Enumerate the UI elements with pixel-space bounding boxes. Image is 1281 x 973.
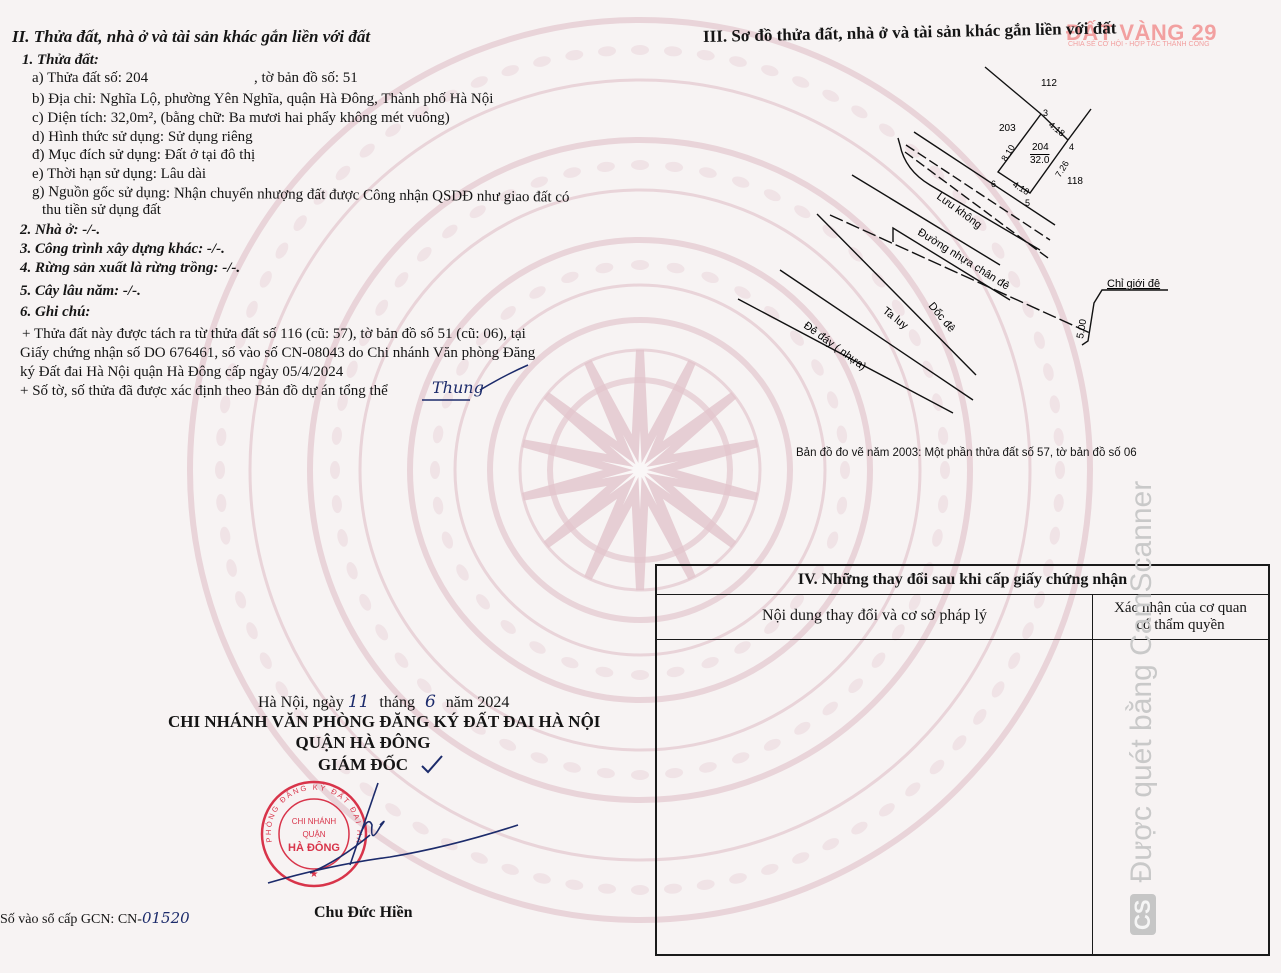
- plot-area-label: 32.0: [1030, 155, 1050, 166]
- change-content-cell: [657, 640, 1093, 956]
- col-authority-confirmation: Xác nhận của cơ quan có thẩm quyền: [1093, 595, 1268, 639]
- changes-table-title: IV. Những thay đổi sau khi cấp giấy chứn…: [657, 566, 1268, 595]
- changes-table-body: [657, 640, 1268, 956]
- handwritten-signature: [250, 765, 530, 905]
- map-caption: Bản đồ đo vẽ năm 2003: Một phần thửa đất…: [796, 447, 1137, 459]
- col-authority-line2: có thẩm quyền: [1093, 617, 1268, 634]
- changes-table-header: Nội dung thay đổi và cơ sở pháp lý Xác n…: [657, 595, 1268, 640]
- vertex-4: 4: [1069, 142, 1074, 152]
- neighbor-118-label: 118: [1067, 176, 1083, 187]
- date-month-label: tháng: [379, 694, 415, 711]
- date-prefix: Hà Nội, ngày: [258, 694, 344, 711]
- changes-table: IV. Những thay đổi sau khi cấp giấy chứn…: [655, 564, 1270, 956]
- registry-number-value: 01520: [142, 909, 190, 927]
- date-day: 11: [348, 692, 370, 712]
- vertex-3: 3: [1043, 108, 1048, 118]
- scanner-watermark: CSĐược quét bằng CamScanner: [1125, 481, 1159, 935]
- scanner-watermark-text: Được quét bằng CamScanner: [1125, 481, 1158, 883]
- neighbor-112-label: 112: [1041, 78, 1057, 89]
- embankment-label: Ta luy: [880, 305, 910, 332]
- date-year: năm 2024: [446, 694, 510, 711]
- vertex-5: 5: [1025, 198, 1030, 208]
- registry-number: Số vào sổ cấp GCN: CN-01520: [0, 909, 190, 928]
- issue-date: Hà Nội, ngày 11 tháng 6 năm 2024: [258, 692, 509, 712]
- signer-name: Chu Đức Hiền: [314, 904, 413, 922]
- check-mark: [418, 752, 448, 776]
- dyke-boundary-label: Chỉ giới đê: [1107, 278, 1160, 290]
- plot-204-label: 204: [1032, 142, 1049, 153]
- camscanner-logo-icon: CS: [1130, 894, 1156, 935]
- col-authority-line1: Xác nhận của cơ quan: [1093, 600, 1268, 617]
- registry-label: Số vào sổ cấp GCN: CN-: [0, 912, 142, 927]
- distance-label: 5.00: [1075, 318, 1089, 340]
- authority-confirmation-cell: [1093, 640, 1268, 956]
- edge-left-length: 8.10: [999, 143, 1017, 163]
- setback-label: Lưu không: [934, 191, 984, 232]
- date-month: 6: [425, 692, 436, 712]
- neighbor-203-label: 203: [999, 123, 1016, 134]
- issuing-org-line2: QUẬN HÀ ĐÔNG: [168, 733, 558, 753]
- vertex-6: 6: [991, 179, 996, 189]
- dyke-bottom-label: Đê đáy ( nhựa): [801, 320, 868, 373]
- edge-bottom-length: 4.18: [1011, 179, 1031, 197]
- issuing-org-line1: CHI NHÁNH VĂN PHÒNG ĐĂNG KÝ ĐẤT ĐAI HÀ N…: [168, 712, 598, 732]
- col-change-content: Nội dung thay đổi và cơ sở pháp lý: [657, 595, 1093, 639]
- road-label: Đường nhựa chân đê: [915, 226, 1011, 292]
